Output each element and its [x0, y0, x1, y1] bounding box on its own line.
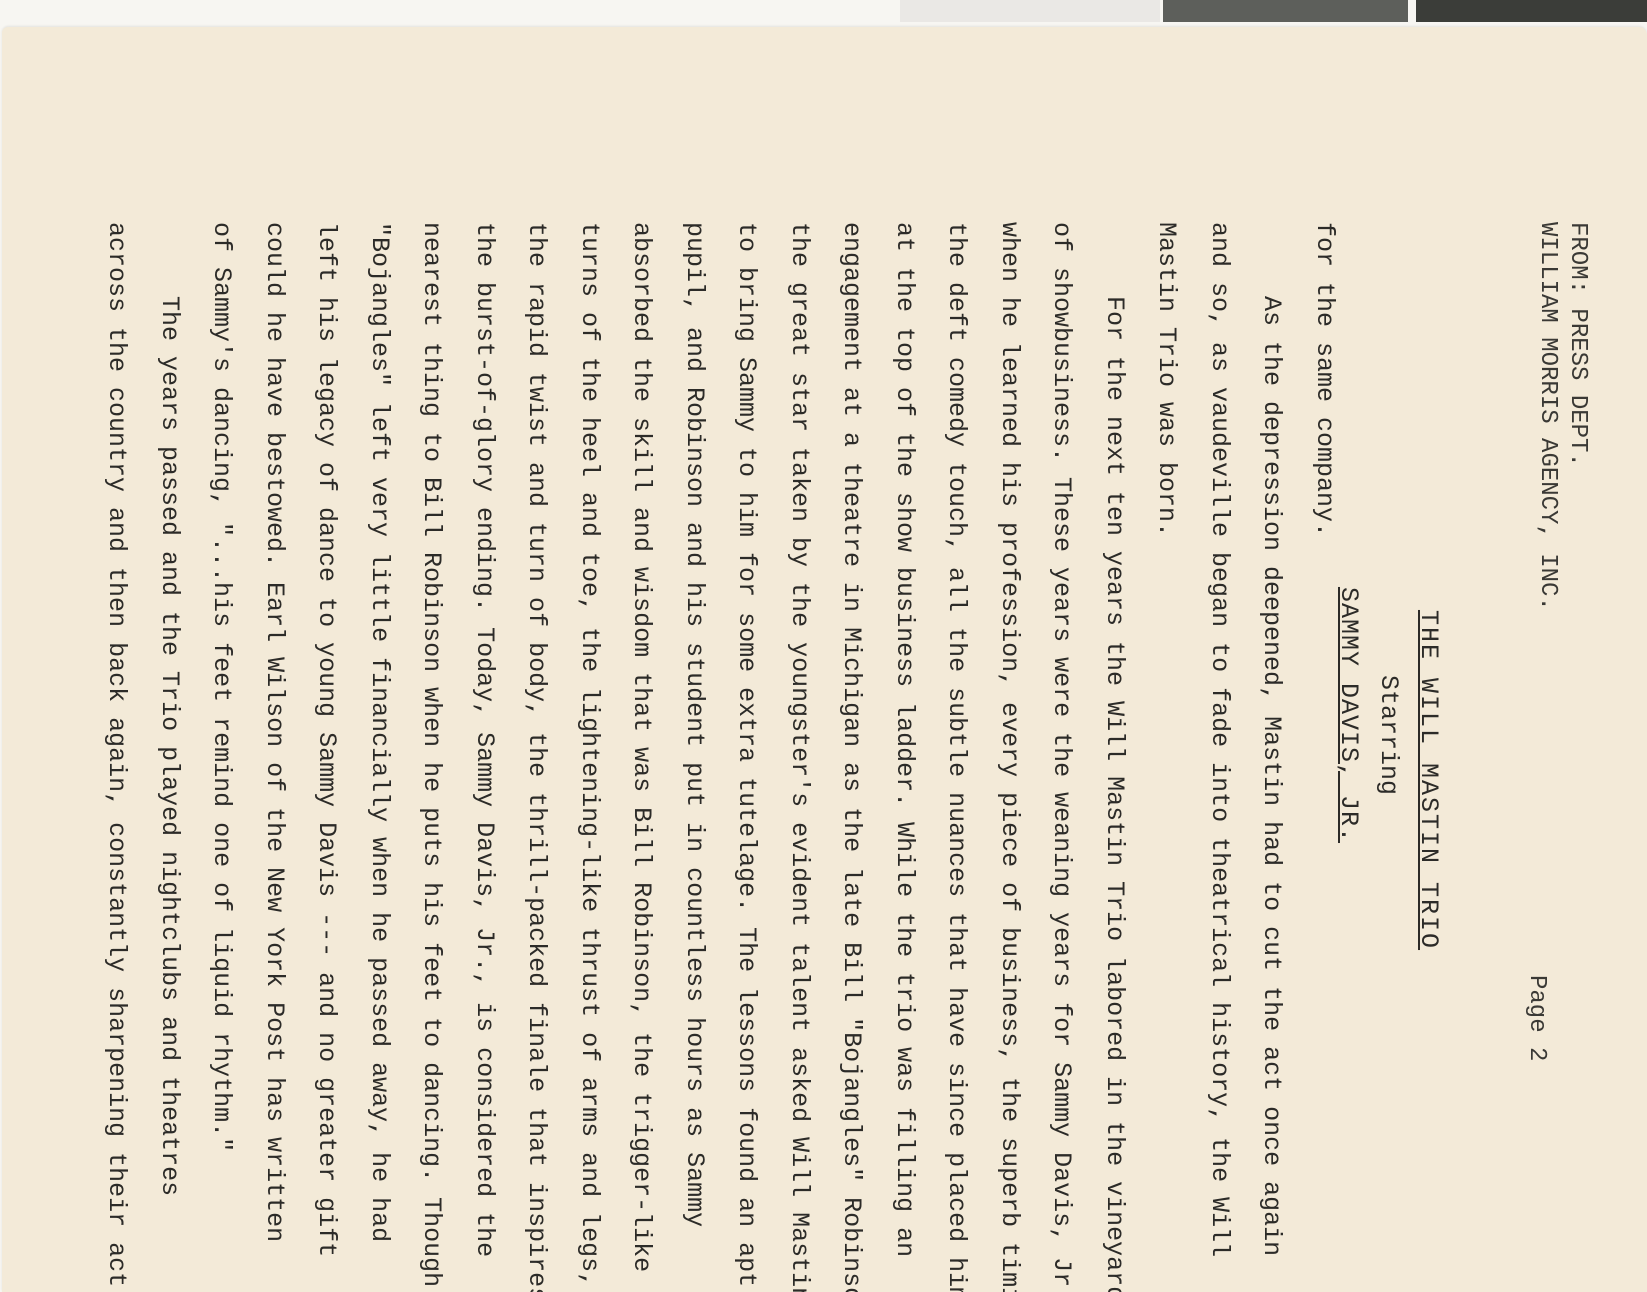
scanner-strip-grey [1163, 0, 1408, 22]
text-line: absorbed the skill and wisdom that was B… [615, 222, 668, 1262]
text-line: Mastin Trio was born. [1140, 222, 1193, 1262]
document-subtitle: Starring [1374, 675, 1403, 795]
text-line: "Bojangles" left very little financially… [353, 222, 406, 1262]
text-line: the great star taken by the youngster's … [773, 222, 826, 1262]
text-line: the deft comedy touch, all the subtle nu… [930, 222, 983, 1262]
scanner-strip-dark [1416, 0, 1647, 22]
text-line: across the country and then back again, … [90, 222, 143, 1262]
text-line: For the next ten years the Will Mastin T… [1088, 222, 1141, 1262]
text-line: pupil, and Robinson and his student put … [668, 222, 721, 1262]
text-line: left his legacy of dance to young Sammy … [300, 222, 353, 1262]
text-line: at the top of the show business ladder. … [878, 222, 931, 1262]
text-line: could he have bestowed. Earl Wilson of t… [248, 222, 301, 1262]
text-line: to bring Sammy to him for some extra tut… [720, 222, 773, 1262]
text-line: and so, as vaudeville began to fade into… [1193, 222, 1246, 1262]
text-line: engagement at a theatre in Michigan as t… [825, 222, 878, 1262]
body-text: for the same company.As the depression d… [90, 222, 1350, 1262]
text-line: when he learned his profession, every pi… [983, 222, 1036, 1262]
page-number: Page 2 [1510, 975, 1563, 1061]
text-line: As the depression deepened, Mastin had t… [1245, 222, 1298, 1262]
letterhead-line-2: WILLIAM MORRIS AGENCY, INC. [1532, 222, 1562, 611]
letterhead-line-1: FROM: PRESS DEPT. [1562, 222, 1592, 611]
text-line: the burst-of-glory ending. Today, Sammy … [458, 222, 511, 1262]
document-title: THE WILL MASTIN TRIO [1414, 610, 1443, 950]
text-line: turns of the heel and toe, the lightenin… [563, 222, 616, 1262]
letterhead: FROM: PRESS DEPT. WILLIAM MORRIS AGENCY,… [1532, 222, 1592, 611]
typewritten-page: FROM: PRESS DEPT. WILLIAM MORRIS AGENCY,… [48, 130, 1608, 1270]
text-line: for the same company. [1298, 222, 1351, 1262]
text-line: nearest thing to Bill Robinson when he p… [405, 222, 458, 1262]
scanner-strip-light [900, 0, 1160, 22]
text-line: of showbusiness. These years were the we… [1035, 222, 1088, 1262]
text-line: the rapid twist and turn of body, the th… [510, 222, 563, 1262]
text-line: The years passed and the Trio played nig… [143, 222, 196, 1262]
text-line: of Sammy's dancing, "...his feet remind … [195, 222, 248, 1262]
